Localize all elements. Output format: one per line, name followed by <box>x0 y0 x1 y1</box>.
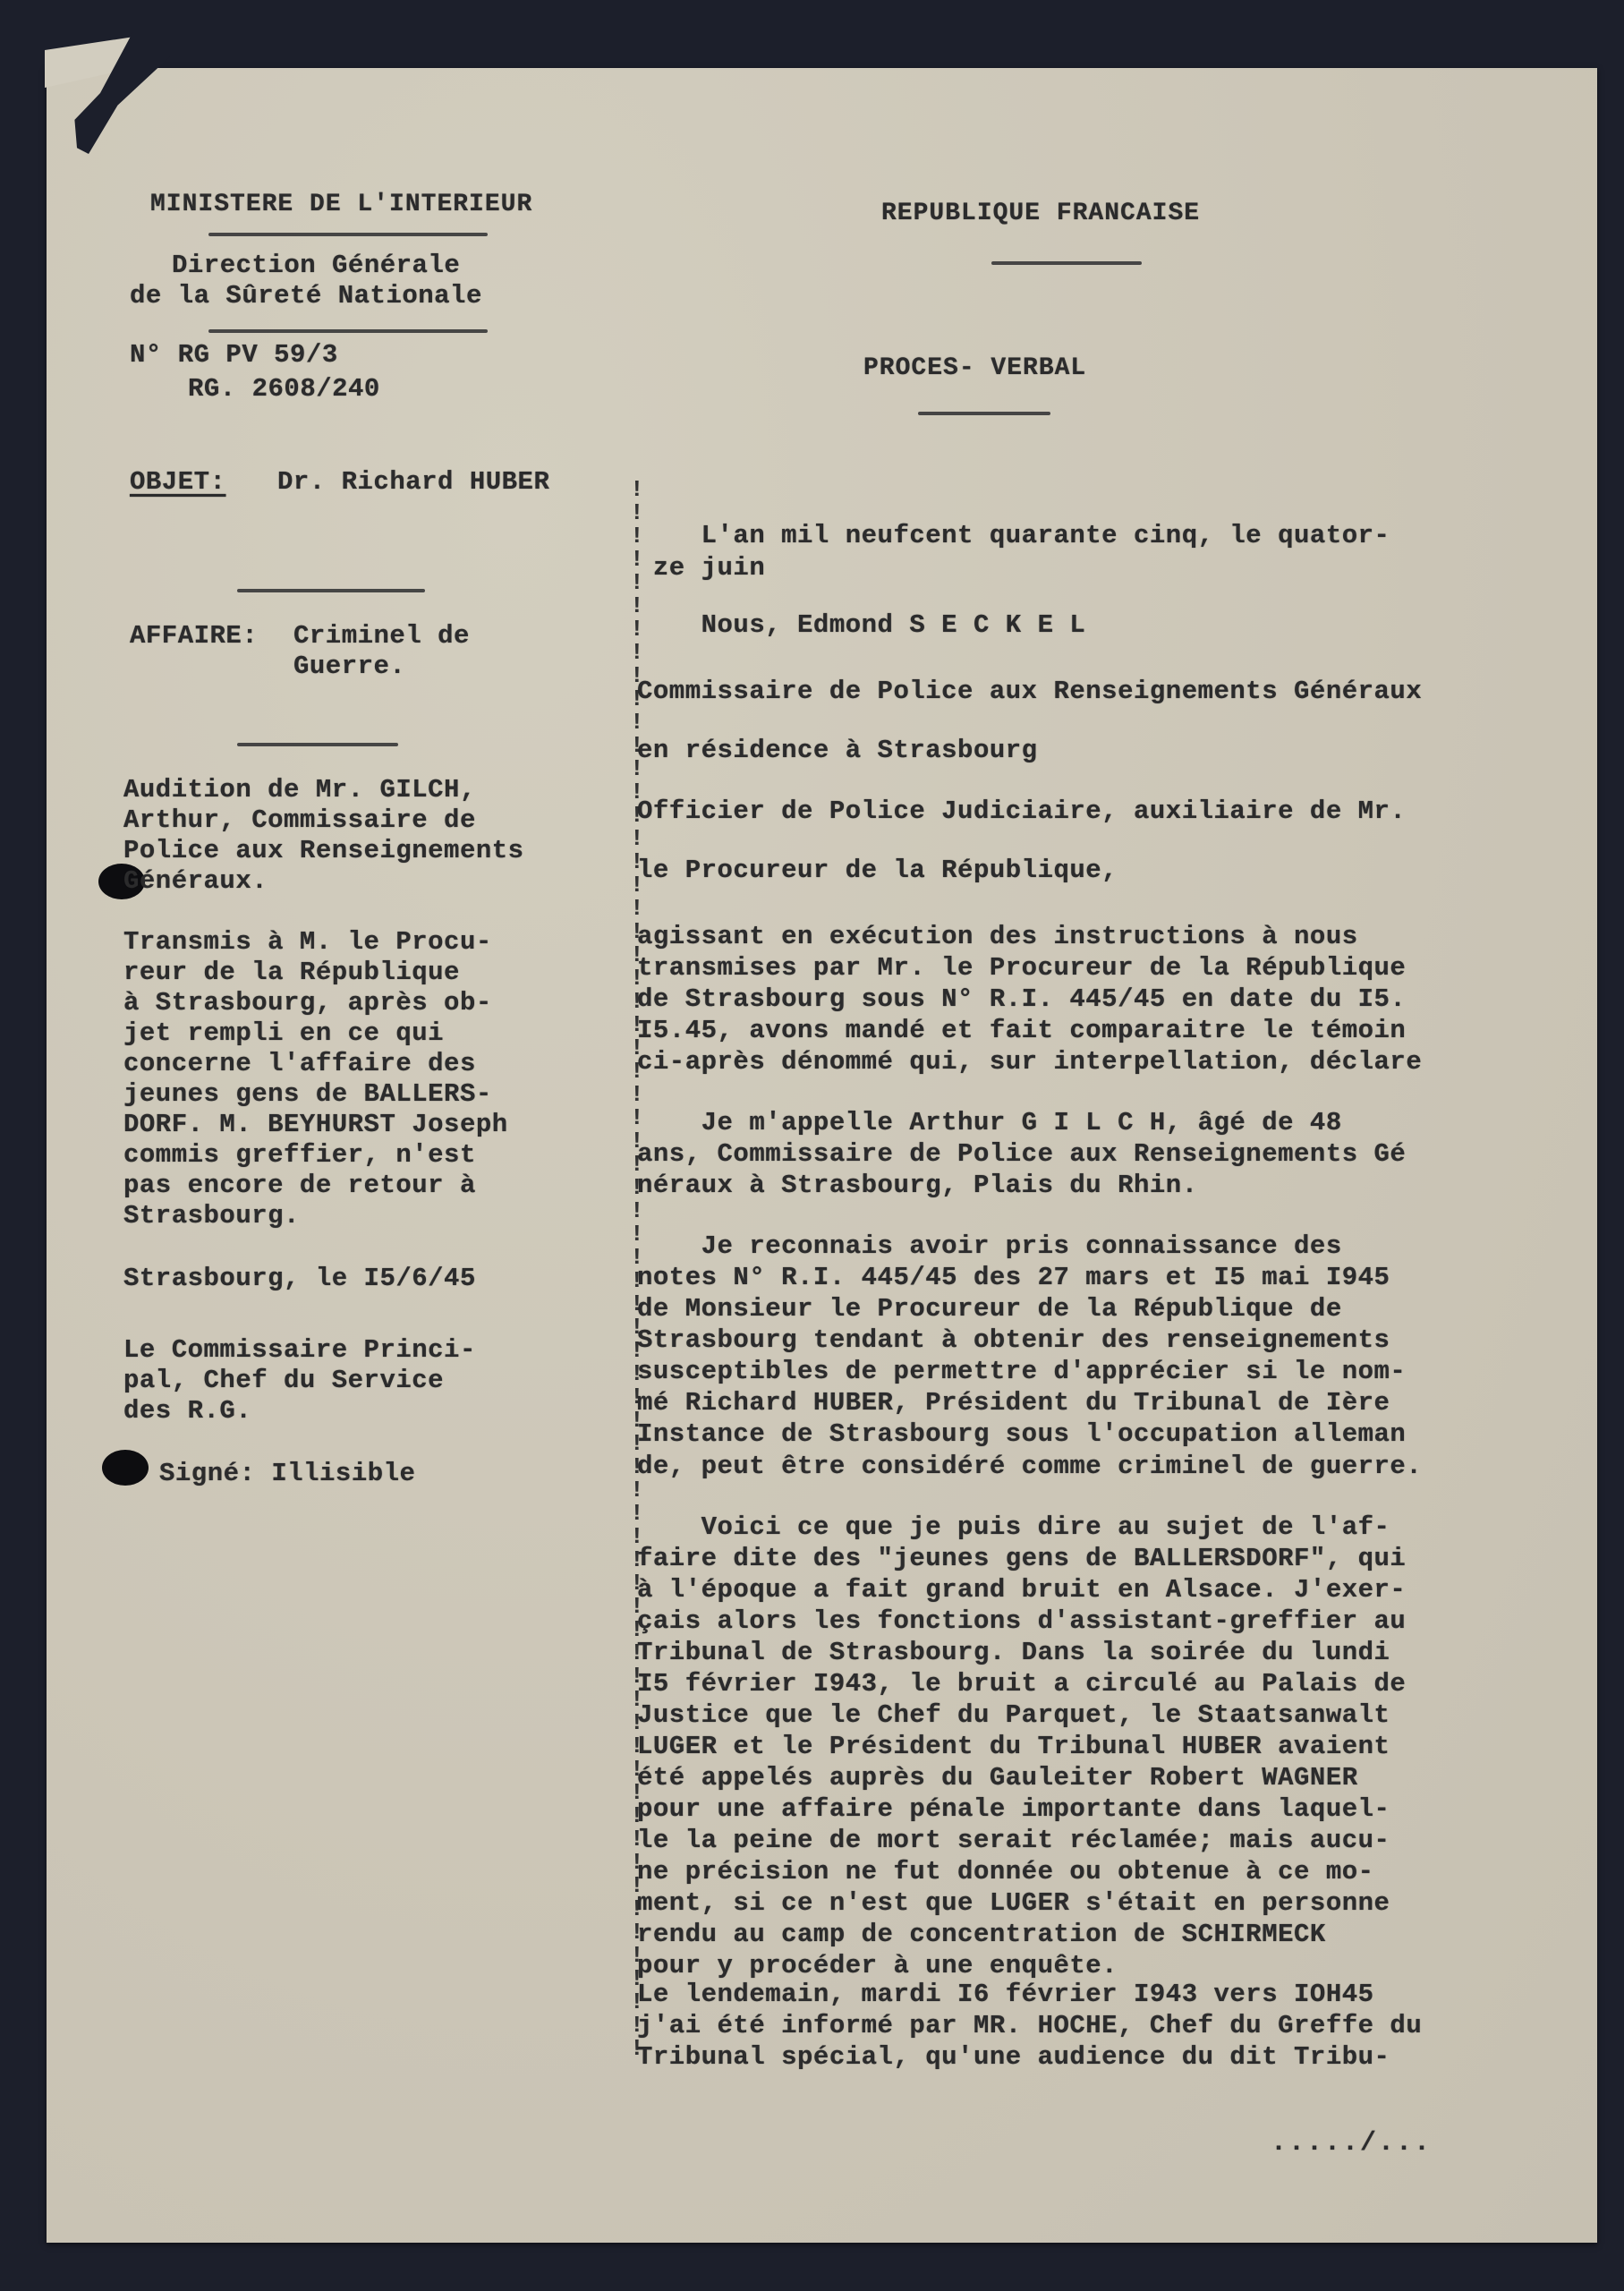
statement-line: Officier de Police Judiciaire, auxiliair… <box>637 796 1406 827</box>
text-line: pas encore de retour à <box>123 1171 476 1201</box>
direction-line-2: de la Sûreté Nationale <box>130 281 482 311</box>
statement-line: Je m'appelle Arthur G I L C H, âgé de 48 <box>637 1108 1342 1138</box>
statement-line: Le lendemain, mardi I6 février I943 vers… <box>637 1980 1374 2010</box>
statement-line: Nous, Edmond S E C K E L <box>637 610 1085 641</box>
statement-line: de Strasbourg sous N° R.I. 445/45 en dat… <box>637 984 1406 1015</box>
statement-line: Instance de Strasbourg sous l'occupation… <box>637 1419 1406 1450</box>
statement-line: I5.45, avons mandé et fait comparaitre l… <box>637 1016 1406 1046</box>
statement-line: été appelés auprès du Gauleiter Robert W… <box>637 1763 1358 1793</box>
statement-line: L'an mil neufcent quarante cinq, le quat… <box>637 521 1390 551</box>
text-line: Strasbourg. <box>123 1201 300 1231</box>
divider-rule <box>991 261 1142 265</box>
text-line: jet rempli en ce qui <box>123 1018 444 1049</box>
statement-line: ans, Commissaire de Police aux Renseigne… <box>637 1139 1406 1170</box>
affaire-label: AFFAIRE: <box>130 621 258 652</box>
statement-line: pour une affaire pénale importante dans … <box>637 1794 1390 1825</box>
objet-label: OBJET: <box>130 467 225 498</box>
divider-rule <box>208 329 488 333</box>
statement-line: de Monsieur le Procureur de la Républiqu… <box>637 1294 1342 1324</box>
statement-line: le la peine de mort serait réclamée; mai… <box>637 1826 1390 1856</box>
statement-line: Justice que le Chef du Parquet, le Staat… <box>637 1700 1390 1731</box>
statement-line: notes N° R.I. 445/45 des 27 mars et I5 m… <box>637 1263 1390 1293</box>
direction-line-1: Direction Générale <box>172 251 460 281</box>
text-line: jeunes gens de BALLERS- <box>123 1079 492 1110</box>
statement-line: pour y procéder à une enquête. <box>637 1951 1118 1981</box>
text-line: à Strasbourg, après ob- <box>123 988 492 1018</box>
statement-line: Commissaire de Police aux Renseignements… <box>637 677 1422 707</box>
signatory-line: des R.G. <box>123 1396 251 1427</box>
ministry-heading: MINISTERE DE L'INTERIEUR <box>150 190 532 220</box>
signature-note: Signé: Illisible <box>159 1459 415 1489</box>
text-line: Généraux. <box>123 866 268 897</box>
statement-line: I5 février I943, le bruit a circulé au P… <box>637 1669 1406 1699</box>
statement-line: susceptibles de permettre d'apprécier si… <box>637 1357 1406 1387</box>
statement-line: ci-après dénommé qui, sur interpellation… <box>637 1047 1422 1077</box>
objet-value: Dr. Richard HUBER <box>277 467 549 498</box>
reference-number-1: N° RG PV 59/3 <box>130 340 338 370</box>
place-date: Strasbourg, le I5/6/45 <box>123 1264 476 1294</box>
text-line: Police aux Renseignements <box>123 836 524 866</box>
statement-line: le Procureur de la République, <box>637 856 1118 886</box>
statement-line: Tribunal de Strasbourg. Dans la soirée d… <box>637 1638 1390 1668</box>
statement-line: Strasbourg tendant à obtenir des renseig… <box>637 1325 1390 1356</box>
statement-line: Voici ce que je puis dire au sujet de l'… <box>637 1512 1390 1543</box>
divider-rule <box>237 743 398 746</box>
text-line: Audition de Mr. GILCH, <box>123 775 476 805</box>
text-line: concerne l'affaire des <box>123 1049 476 1079</box>
statement-line: ze juin <box>637 553 765 583</box>
statement-line: rendu au camp de concentration de SCHIRM… <box>637 1920 1326 1950</box>
statement-line: Je reconnais avoir pris connaissance des <box>637 1231 1342 1262</box>
continued-marker: ...../... <box>1271 2128 1432 2159</box>
text-line: Transmis à M. le Procu- <box>123 927 492 958</box>
punch-hole-lower <box>102 1450 149 1486</box>
text-line: reur de la République <box>123 958 460 988</box>
text-line: DORF. M. BEYHURST Joseph <box>123 1110 508 1140</box>
divider-rule <box>918 412 1050 415</box>
document-title: PROCES- VERBAL <box>863 353 1086 384</box>
statement-line: néraux à Strasbourg, Plais du Rhin. <box>637 1171 1198 1201</box>
statement-line: agissant en exécution des instructions à… <box>637 922 1358 952</box>
statement-line: çais alors les fonctions d'assistant-gre… <box>637 1606 1406 1637</box>
text-line: commis greffier, n'est <box>123 1140 476 1171</box>
statement-line: ne précision ne fut donnée ou obtenue à … <box>637 1857 1374 1887</box>
signatory-line: pal, Chef du Service <box>123 1366 444 1396</box>
statement-line: LUGER et le Président du Tribunal HUBER … <box>637 1732 1390 1762</box>
reference-number-2: RG. 2608/240 <box>188 374 380 405</box>
statement-line: j'ai été informé par MR. HOCHE, Chef du … <box>637 2011 1422 2041</box>
statement-line: faire dite des "jeunes gens de BALLERSDO… <box>637 1544 1406 1574</box>
statement-line: en résidence à Strasbourg <box>637 736 1038 766</box>
statement-line: ment, si ce n'est que LUGER s'était en p… <box>637 1888 1390 1919</box>
divider-rule <box>208 233 488 236</box>
statement-line: transmises par Mr. le Procureur de la Ré… <box>637 953 1406 984</box>
statement-line: mé Richard HUBER, Président du Tribunal … <box>637 1388 1390 1418</box>
text-line: Arthur, Commissaire de <box>123 805 476 836</box>
statement-line: de, peut être considéré comme criminel d… <box>637 1452 1422 1482</box>
affaire-value-2: Guerre. <box>293 652 405 682</box>
statement-line: à l'époque a fait grand bruit en Alsace.… <box>637 1575 1406 1605</box>
divider-rule <box>237 589 425 592</box>
statement-line: Tribunal spécial, qu'une audience du dit… <box>637 2042 1390 2073</box>
signatory-line: Le Commissaire Princi- <box>123 1335 476 1366</box>
affaire-value-1: Criminel de <box>293 621 470 652</box>
republic-heading: REPUBLIQUE FRANCAISE <box>881 199 1200 229</box>
